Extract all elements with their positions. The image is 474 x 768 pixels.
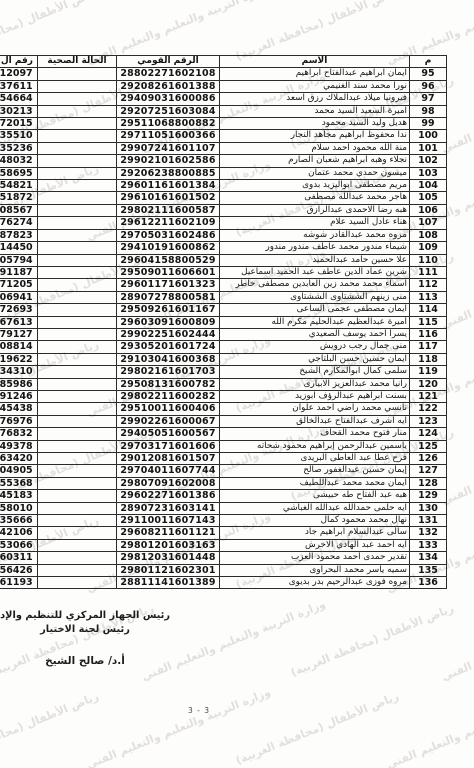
table-row: 109شيماء مندور محمد عاطف مندور مندور2941… (0, 242, 447, 254)
national-id-cell: 29705031602486 (117, 229, 220, 241)
health-status-cell (38, 242, 117, 254)
table-row: 106هبه رضا الاحمدى عبدالرازق298021116005… (0, 204, 447, 216)
health-status-cell (38, 180, 117, 192)
file-number-cell: 348032 (0, 155, 38, 167)
health-status-cell (38, 453, 117, 465)
serial-cell: 101 (410, 142, 447, 154)
national-id-cell: 29802161601703 (117, 366, 220, 378)
table-row: 121بسنت ابراهيم عبدالرؤف ابوزيد298022116… (0, 390, 447, 402)
health-status-cell (38, 130, 117, 142)
serial-cell: 125 (410, 440, 447, 452)
health-status-cell (38, 192, 117, 204)
watermark-text: رياض الأطفال (محافظة الغربية) (0, 690, 101, 767)
name-cell: ايه اشرف عبدالفتاح عبدالخالق (220, 415, 410, 427)
file-number-cell: 908814 (0, 341, 38, 353)
national-id-cell: 29601161601384 (117, 180, 220, 192)
document-page: رياض الأطفال (محافظة الغربية)وزارة الترب… (0, 0, 474, 768)
file-number-cell: 554664 (0, 93, 38, 105)
serial-cell: 127 (410, 465, 447, 477)
table-row: 129هبه عبد الفتاح طه حبيشى29602271601386… (0, 490, 447, 502)
serial-cell: 105 (410, 192, 447, 204)
footer-title-line2: رئيس لجنة الاختيار (0, 624, 170, 635)
table-row: 113منى زينهم الششتاوى الششتاوى2890727880… (0, 291, 447, 303)
national-id-cell: 29907241601107 (117, 142, 220, 154)
health-status-cell (38, 167, 117, 179)
signature-block: رئيس الجهاز المركزي للتنظيم والإدارة رئي… (0, 610, 170, 667)
health-status-cell (38, 217, 117, 229)
table-row: 133ايه احمد عبد الهادي الاخرش29801201603… (0, 539, 447, 551)
name-cell: مروه محمد عبدالقادر شوشه (220, 229, 410, 241)
name-cell: مروه فوزى عبدالرحيم بدر بديوى (220, 577, 410, 589)
table-row: 97فيرونيا ميلاد عبدالملاك رزق اسعد294090… (0, 93, 447, 105)
file-number-cell: 472693 (0, 304, 38, 316)
file-number-cell: 635236 (0, 142, 38, 154)
serial-cell: 120 (410, 378, 447, 390)
header-health-status: الحالة الصحية (38, 56, 117, 68)
serial-cell: 116 (410, 328, 447, 340)
table-row: 110علا حسين حامد عبدالحميد29604158800529… (0, 254, 447, 266)
name-cell: ميسون حمدي محمد عتمان (220, 167, 410, 179)
file-number-cell: 679127 (0, 328, 38, 340)
national-id-cell: 29509261601167 (117, 304, 220, 316)
serial-cell: 128 (410, 477, 447, 489)
serial-cell: 96 (410, 80, 447, 92)
name-cell: ايمان حسين حسن البلتاجي (220, 353, 410, 365)
national-id-cell: 28811141601389 (117, 577, 220, 589)
table-row: 99هديل وليد السيد محمود29511068800882672… (0, 118, 447, 130)
name-cell: رانيا محمد عبدالعزيز الابيارى (220, 378, 410, 390)
national-id-cell: 29902101602586 (117, 155, 220, 167)
file-number-cell: 091187 (0, 266, 38, 278)
table-row: 96نورا محمد سند الغنيمي29208261601388237… (0, 80, 447, 92)
health-status-cell (38, 366, 117, 378)
national-id-cell: 29110011607143 (117, 515, 220, 527)
health-status-cell (38, 118, 117, 130)
name-cell: هبه رضا الاحمدى عبدالرازق (220, 204, 410, 216)
serial-cell: 111 (410, 266, 447, 278)
serial-cell: 123 (410, 415, 447, 427)
serial-cell: 135 (410, 564, 447, 576)
serial-cell: 131 (410, 515, 447, 527)
health-status-cell (38, 291, 117, 303)
table-row: 95ايمان ابراهيم عبدالفتاح ابراهيم2880227… (0, 68, 447, 80)
table-header-row: م الاسم الرقم القومي الحالة الصحية رقم ا… (0, 56, 447, 68)
table-row: 103ميسون حمدي محمد عتمان2920623880088525… (0, 167, 447, 179)
name-cell: هديل وليد السيد محمود (220, 118, 410, 130)
watermark-text: وزارة التربية والتعليم والتعليم الفني (385, 686, 474, 768)
watermark-text: رياض الأطفال (محافظة الغربية) (234, 690, 401, 767)
national-id-cell: 29601171601323 (117, 279, 220, 291)
header-name: الاسم (220, 56, 410, 68)
file-number-cell: 154821 (0, 180, 38, 192)
name-cell: تقدير حمدى أحمد محمود العزب (220, 552, 410, 564)
serial-cell: 134 (410, 552, 447, 564)
page-number: 3 - 3 (188, 706, 210, 715)
name-cell: سميه ياسر محمد البحراوى (220, 564, 410, 576)
table-row: 132سالى عبدالسلام ابراهيم جاد29608211601… (0, 527, 447, 539)
name-cell: أسماء محمد محمد زين العابدين مصطفى خاطر (220, 279, 410, 291)
national-id-cell: 29410191600862 (117, 242, 220, 254)
table-row: 134تقدير حمدى أحمد محمود العزب2981203160… (0, 552, 447, 564)
table-row: 119سلمى كمال ابوالمكارم الشيخ29802161601… (0, 366, 447, 378)
table-row: 108مروه محمد عبدالقادر شوشه2970503160248… (0, 229, 447, 241)
file-number-cell: 153066 (0, 539, 38, 551)
health-status-cell (38, 465, 117, 477)
health-status-cell (38, 378, 117, 390)
file-number-cell: 158010 (0, 502, 38, 514)
watermark-text: وزارة التربية والتعليم والتعليم الفني (85, 686, 273, 768)
file-number-cell: 787823 (0, 229, 38, 241)
serial-cell: 97 (410, 93, 447, 105)
health-status-cell (38, 390, 117, 402)
file-number-cell: 012097 (0, 68, 38, 80)
serial-cell: 129 (410, 490, 447, 502)
file-number-cell: 534310 (0, 366, 38, 378)
name-cell: هبه عبد الفتاح طه حبيشى (220, 490, 410, 502)
file-number-cell: 258695 (0, 167, 38, 179)
file-number-cell: 263420 (0, 453, 38, 465)
national-id-cell: 29603091600809 (117, 316, 220, 328)
table-row: 135سميه ياسر محمد البحراوى29801121602301… (0, 564, 447, 576)
serial-cell: 95 (410, 68, 447, 80)
name-cell: يسرا أحمد يوسف الصعيدي (220, 328, 410, 340)
health-status-cell (38, 490, 117, 502)
health-status-cell (38, 403, 117, 415)
name-cell: سالى عبدالسلام ابراهيم جاد (220, 527, 410, 539)
table-row: 101منة الله محمود أحمد سلام2990724160110… (0, 142, 447, 154)
health-status-cell (38, 341, 117, 353)
file-number-cell: 319622 (0, 353, 38, 365)
file-number-cell: 714450 (0, 242, 38, 254)
health-status-cell (38, 93, 117, 105)
serial-cell: 112 (410, 279, 447, 291)
table-row: 118ايمان حسين حسن البلتاجي29103041600368… (0, 353, 447, 365)
table-row: 117منى جمال رجب درويش2930520160172490881… (0, 341, 447, 353)
table-row: 136مروه فوزى عبدالرحيم بدر بديوى28811141… (0, 577, 447, 589)
name-cell: أميرة عبدالعظيم عبدالحليم مكرم الله (220, 316, 410, 328)
health-status-cell (38, 552, 117, 564)
serial-cell: 109 (410, 242, 447, 254)
serial-cell: 98 (410, 105, 447, 117)
table-row: 112أسماء محمد محمد زين العابدين مصطفى خا… (0, 279, 447, 291)
name-cell: مريم مصطفى ابواليزيد بدوى (220, 180, 410, 192)
serial-cell: 102 (410, 155, 447, 167)
name-cell: ايه احمد عبد الهادي الاخرش (220, 539, 410, 551)
watermark-text: رياض الأطفال (محافظة الغربية) (234, 0, 401, 63)
file-number-cell: 251872 (0, 192, 38, 204)
name-cell: نجلاء وهبه ابراهيم شعبان الصارم (220, 155, 410, 167)
health-status-cell (38, 353, 117, 365)
file-number-cell: 261193 (0, 577, 38, 589)
serial-cell: 117 (410, 341, 447, 353)
national-id-cell: 29807091602008 (117, 477, 220, 489)
file-number-cell: 672015 (0, 118, 38, 130)
serial-cell: 121 (410, 390, 447, 402)
health-status-cell (38, 304, 117, 316)
name-cell: إيمان حسين عبدالغفور صالح (220, 465, 410, 477)
national-id-cell: 28907231603141 (117, 502, 220, 514)
serial-cell: 118 (410, 353, 447, 365)
header-national-id: الرقم القومي (117, 56, 220, 68)
serial-cell: 106 (410, 204, 447, 216)
serial-cell: 107 (410, 217, 447, 229)
national-id-cell: 29305201601724 (117, 341, 220, 353)
serial-cell: 115 (410, 316, 447, 328)
health-status-cell (38, 266, 117, 278)
watermark-text: رياض الأطفال (محافظة الغربية) (0, 0, 101, 63)
national-id-cell: 29103041600368 (117, 353, 220, 365)
table-row: 131نهال محمد محمود كمال29110011607143535… (0, 515, 447, 527)
national-id-cell: 29703171601606 (117, 440, 220, 452)
table-row: 128ايمان محمد محمد عبداللطيف298070916020… (0, 477, 447, 489)
name-cell: منى زينهم الششتاوى الششتاوى (220, 291, 410, 303)
name-cell: منار فتوح محمد القحاف (220, 428, 410, 440)
file-number-cell: 108567 (0, 204, 38, 216)
name-cell: ندا محفوظ ابراهيم مجاهد النجار (220, 130, 410, 142)
table-row: 123ايه اشرف عبدالفتاح عبدالخالق299022616… (0, 415, 447, 427)
serial-cell: 133 (410, 539, 447, 551)
name-cell: علا حسين حامد عبدالحميد (220, 254, 410, 266)
table-row: 100ندا محفوظ ابراهيم مجاهد النجار2971105… (0, 130, 447, 142)
table-row: 115أميرة عبدالعظيم عبدالحليم مكرم الله29… (0, 316, 447, 328)
national-id-cell: 29612211602109 (117, 217, 220, 229)
national-id-cell: 29508131600782 (117, 378, 220, 390)
health-status-cell (38, 328, 117, 340)
national-id-cell: 29610161601502 (117, 192, 220, 204)
file-number-cell: 237611 (0, 80, 38, 92)
file-number-cell: 242106 (0, 527, 38, 539)
table-row: 104مريم مصطفى ابواليزيد بدوى296011616013… (0, 180, 447, 192)
national-id-cell: 29510011600406 (117, 403, 220, 415)
file-number-cell: 445183 (0, 490, 38, 502)
table-row: 107هناء عادل السيد علام29612211602109676… (0, 217, 447, 229)
table-row: 127إيمان حسين عبدالغفور صالح297040116077… (0, 465, 447, 477)
table-row: 125ياسمين عبدالرحمن إبراهيم محمود شحاته2… (0, 440, 447, 452)
file-number-cell: 356426 (0, 564, 38, 576)
health-status-cell (38, 515, 117, 527)
file-number-cell: 371205 (0, 279, 38, 291)
file-number-cell: 335510 (0, 130, 38, 142)
file-number-cell: 367613 (0, 316, 38, 328)
serial-cell: 108 (410, 229, 447, 241)
national-id-cell: 29509011606601 (117, 266, 220, 278)
health-status-cell (38, 80, 117, 92)
serial-cell: 103 (410, 167, 447, 179)
health-status-cell (38, 440, 117, 452)
health-status-cell (38, 428, 117, 440)
file-number-cell: 535666 (0, 515, 38, 527)
footer-signatory: أ.د/ صالح الشيخ (0, 655, 170, 667)
table-row: 130ايه حلمى حمدالله عبدالله الغباشي28907… (0, 502, 447, 514)
file-number-cell: 585986 (0, 378, 38, 390)
health-status-cell (38, 204, 117, 216)
serial-cell: 122 (410, 403, 447, 415)
name-cell: شرين عماد الدين عاطف عبد الحميد اسماعيل (220, 266, 410, 278)
name-cell: نورا محمد سند الغنيمي (220, 80, 410, 92)
watermark-text: وزارة التربية والتعليم والتعليم الفني (440, 598, 474, 684)
table-row: 120رانيا محمد عبدالعزيز الابيارى29508131… (0, 378, 447, 390)
table-row: 114ايمان مصطفى عجمى الساعى29509261601167… (0, 304, 447, 316)
health-status-cell (38, 539, 117, 551)
roster-table: م الاسم الرقم القومي الحالة الصحية رقم ا… (0, 55, 447, 589)
serial-cell: 126 (410, 453, 447, 465)
serial-cell: 136 (410, 577, 447, 589)
serial-cell: 119 (410, 366, 447, 378)
national-id-cell: 29802211600282 (117, 390, 220, 402)
serial-cell: 104 (410, 180, 447, 192)
footer-title-line1: رئيس الجهاز المركزي للتنظيم والإدارة (0, 610, 170, 621)
name-cell: منى جمال رجب درويش (220, 341, 410, 353)
serial-cell: 99 (410, 118, 447, 130)
name-cell: ايمان ابراهيم عبدالفتاح ابراهيم (220, 68, 410, 80)
national-id-cell: 29902251602444 (117, 328, 220, 340)
header-serial: م (410, 56, 447, 68)
table-row: 116يسرا أحمد يوسف الصعيدي299022516024446… (0, 328, 447, 340)
table-row: 102نجلاء وهبه ابراهيم شعبان الصارم299021… (0, 155, 447, 167)
name-cell: شيماء مندور محمد عاطف مندور مندور (220, 242, 410, 254)
national-id-cell: 28907278800581 (117, 291, 220, 303)
national-id-cell: 28802271602108 (117, 68, 220, 80)
serial-cell: 110 (410, 254, 447, 266)
name-cell: اميرة السعيد السيد محمد (220, 105, 410, 117)
serial-cell: 100 (410, 130, 447, 142)
file-number-cell: 206941 (0, 291, 38, 303)
name-cell: منة الله محمود أحمد سلام (220, 142, 410, 154)
health-status-cell (38, 142, 117, 154)
table-row: 111شرين عماد الدين عاطف عبد الحميد اسماع… (0, 266, 447, 278)
file-number-cell: 555368 (0, 477, 38, 489)
health-status-cell (38, 527, 117, 539)
national-id-cell: 29801121602301 (117, 564, 220, 576)
file-number-cell: 676274 (0, 217, 38, 229)
file-number-cell: 076832 (0, 428, 38, 440)
national-id-cell: 29711051600366 (117, 130, 220, 142)
national-id-cell: 29511068800882 (117, 118, 220, 130)
name-cell: ياسمين عبدالرحمن إبراهيم محمود شحاته (220, 440, 410, 452)
file-number-cell: 376976 (0, 415, 38, 427)
table-row: 124منار فتوح محمد القحاف2940505160056707… (0, 428, 447, 440)
serial-cell: 113 (410, 291, 447, 303)
name-cell: بسنت ابراهيم عبدالرؤف ابوزيد (220, 390, 410, 402)
name-cell: نهال محمد محمود كمال (220, 515, 410, 527)
file-number-cell: 345438 (0, 403, 38, 415)
national-id-cell: 29012081601507 (117, 453, 220, 465)
file-number-cell: 630213 (0, 105, 38, 117)
national-id-cell: 29608211601121 (117, 527, 220, 539)
national-id-cell: 29208261601388 (117, 80, 220, 92)
watermark-text: رياض الأطفال (محافظة الغربية) (289, 602, 456, 679)
file-number-cell: 360311 (0, 552, 38, 564)
file-number-cell: 249378 (0, 440, 38, 452)
table-row: 126فرح عطا عبد العاطى البريدى29012081601… (0, 453, 447, 465)
serial-cell: 124 (410, 428, 447, 440)
national-id-cell: 29802111600587 (117, 204, 220, 216)
health-status-cell (38, 254, 117, 266)
file-number-cell: 391246 (0, 390, 38, 402)
name-cell: ايمان مصطفى عجمى الساعى (220, 304, 410, 316)
national-id-cell: 29602271601386 (117, 490, 220, 502)
table-row: 122نانسي محمد راضي احمد علوان29510011600… (0, 403, 447, 415)
national-id-cell: 29207251603084 (117, 105, 220, 117)
serial-cell: 132 (410, 527, 447, 539)
serial-cell: 130 (410, 502, 447, 514)
file-number-cell: 904905 (0, 465, 38, 477)
health-status-cell (38, 316, 117, 328)
health-status-cell (38, 68, 117, 80)
health-status-cell (38, 502, 117, 514)
health-status-cell (38, 577, 117, 589)
health-status-cell (38, 564, 117, 576)
header-file-number: رقم ال (0, 56, 38, 68)
national-id-cell: 29704011607744 (117, 465, 220, 477)
name-cell: فرح عطا عبد العاطى البريدى (220, 453, 410, 465)
health-status-cell (38, 155, 117, 167)
name-cell: سلمى كمال ابوالمكارم الشيخ (220, 366, 410, 378)
health-status-cell (38, 415, 117, 427)
health-status-cell (38, 105, 117, 117)
table-row: 98اميرة السعيد السيد محمد292072516030846… (0, 105, 447, 117)
health-status-cell (38, 279, 117, 291)
national-id-cell: 29405051600567 (117, 428, 220, 440)
name-cell: ايه حلمى حمدالله عبدالله الغباشي (220, 502, 410, 514)
name-cell: هناء عادل السيد علام (220, 217, 410, 229)
table-row: 105هاجر محمد عبدالله مصطفى29610161601502… (0, 192, 447, 204)
name-cell: فيرونيا ميلاد عبدالملاك رزق اسعد (220, 93, 410, 105)
national-id-cell: 29206238800885 (117, 167, 220, 179)
serial-cell: 114 (410, 304, 447, 316)
name-cell: ايمان محمد محمد عبداللطيف (220, 477, 410, 489)
national-id-cell: 29604158800529 (117, 254, 220, 266)
national-id-cell: 29801201603163 (117, 539, 220, 551)
name-cell: نانسي محمد راضي احمد علوان (220, 403, 410, 415)
name-cell: هاجر محمد عبدالله مصطفى (220, 192, 410, 204)
file-number-cell: 605794 (0, 254, 38, 266)
health-status-cell (38, 229, 117, 241)
national-id-cell: 29902261600067 (117, 415, 220, 427)
national-id-cell: 29409031600086 (117, 93, 220, 105)
health-status-cell (38, 477, 117, 489)
national-id-cell: 29812031601448 (117, 552, 220, 564)
